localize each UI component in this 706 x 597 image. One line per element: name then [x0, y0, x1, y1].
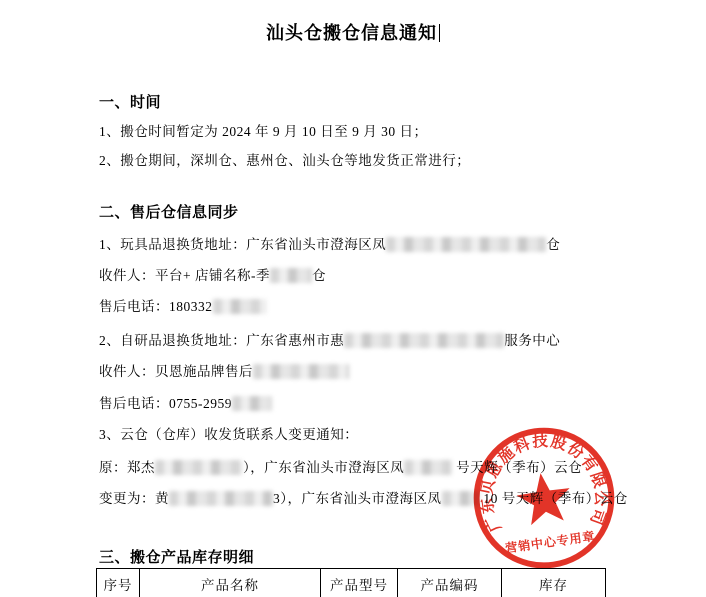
section-2-heading: 二、售后仓信息同步 — [99, 201, 239, 222]
section-1-heading: 一、时间 — [99, 91, 161, 112]
selfdev-return-address-line: 2、自研品退换货地址：广东省惠州市惠服务中心 — [99, 329, 560, 349]
toy-return-address-text: 1、玩具品退换货地址：广东省汕头市澄海区凤 — [99, 237, 386, 252]
original-contact-name: 原：郑杰 — [99, 460, 155, 475]
recipient-line-2: 收件人：贝恩施品牌售后 — [99, 360, 349, 380]
redacted-contact-1 — [155, 460, 243, 475]
col-header-product-name: 产品名称 — [140, 569, 321, 597]
redacted-name — [270, 268, 312, 283]
selfdev-return-address-suffix: 服务中心 — [504, 333, 560, 348]
redacted-street-2 — [442, 491, 480, 506]
changed-contact-address: 3），广东省汕头市澄海区凤 — [273, 491, 442, 506]
document-page: 汕头仓搬仓信息通知 一、时间 1、搬仓时间暂定为 2024 年 9 月 10 日… — [0, 0, 706, 597]
original-contact-line: 原：郑杰），广东省汕头市澄海区凤 号天辉（季布）云仓 — [99, 456, 582, 476]
service-phone-line-2: 售后电话：0755-2959 — [99, 392, 272, 412]
changed-contact-line: 变更为：黄3），广东省汕头市澄海区凤 10 号天辉（季布）云仓 — [99, 487, 628, 507]
text-cursor — [439, 24, 440, 42]
seal-subtitle-text: 营销中心专用章 — [504, 528, 596, 555]
relocation-time-line: 1、搬仓时间暂定为 2024 年 9 月 10 日至 9 月 30 日； — [99, 120, 428, 140]
shipping-normal-line: 2、搬仓期间，深圳仓、惠州仓、汕头仓等地发货正常进行； — [99, 149, 470, 169]
changed-contact-warehouse: 10 号天辉（季布）云仓 — [483, 491, 627, 506]
original-contact-address: ），广东省汕头市澄海区凤 — [243, 460, 404, 475]
redacted-phone-2 — [232, 396, 272, 411]
col-header-product-model: 产品型号 — [321, 569, 398, 597]
col-header-product-code: 产品编码 — [398, 569, 502, 597]
recipient-suffix-1: 仓 — [312, 268, 326, 283]
selfdev-return-address-text: 2、自研品退换货地址：广东省惠州市惠 — [99, 333, 344, 348]
service-phone-text-2: 售后电话：0755-2959 — [99, 396, 232, 411]
redacted-name-2 — [253, 364, 349, 379]
col-header-index: 序号 — [97, 569, 140, 597]
toy-return-address-line: 1、玩具品退换货地址：广东省汕头市澄海区凤仓 — [99, 233, 560, 253]
service-phone-line-1: 售后电话：180332 — [99, 295, 267, 315]
redacted-phone-1 — [213, 299, 267, 314]
section-3-heading: 三、搬仓产品库存明细 — [99, 546, 254, 567]
recipient-text-2: 收件人：贝恩施品牌售后 — [99, 364, 253, 379]
page-title: 汕头仓搬仓信息通知 — [0, 19, 706, 45]
redacted-address — [386, 237, 546, 252]
recipient-line-1: 收件人：平台+ 店铺名称-季仓 — [99, 264, 326, 284]
redacted-street-1 — [404, 460, 452, 475]
redacted-contact-2 — [169, 491, 273, 506]
redacted-address-2 — [344, 333, 504, 348]
seal-company-arc-text: 广东贝恩施科技股份有限公司 — [468, 422, 616, 545]
page-title-text: 汕头仓搬仓信息通知 — [266, 23, 437, 43]
inventory-table: 序号 产品名称 产品型号 产品编码 库存 — [96, 568, 606, 597]
original-contact-warehouse: 号天辉（季布）云仓 — [456, 460, 582, 475]
recipient-text-1: 收件人：平台+ 店铺名称-季 — [99, 268, 270, 283]
table-header-row: 序号 产品名称 产品型号 产品编码 库存 — [97, 569, 606, 597]
toy-return-address-suffix: 仓 — [546, 237, 560, 252]
col-header-stock: 库存 — [502, 569, 606, 597]
contact-change-notice-line: 3、云仓（仓库）收发货联系人变更通知： — [99, 423, 358, 443]
changed-contact-name: 变更为：黄 — [99, 491, 169, 506]
service-phone-text-1: 售后电话：180332 — [99, 299, 213, 314]
